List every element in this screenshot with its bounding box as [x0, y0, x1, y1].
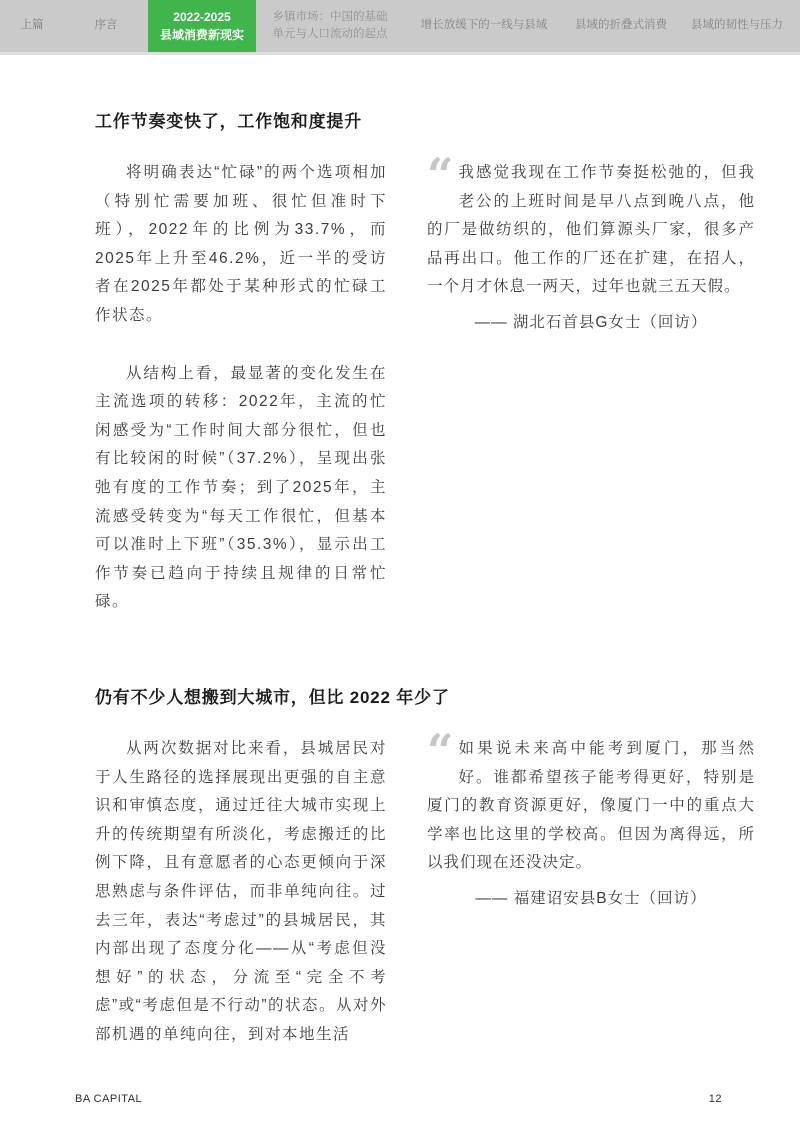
body-column: 将明确表达“忙碌”的两个选项相加（特别忙需要加班、很忙但准时下班），2022年的… — [95, 159, 387, 617]
nav-tab-part1[interactable]: 上篇 — [0, 0, 64, 52]
nav-tab-label: 序言 — [95, 17, 118, 34]
brand-label: BA CAPITAL — [75, 1093, 142, 1105]
body-paragraph: 从结构上看，最显著的变化发生在主流选项的转移：2022年，主流的忙闲感受为“工作… — [95, 360, 387, 617]
body-paragraph: 从两次数据对比来看，县城居民对于人生路径的选择展现出更强的自主意识和审慎态度，通… — [95, 735, 387, 1050]
quote-column: “我感觉我现在工作节奏挺松弛的，但我老公的上班时间是早八点到晚八点，他的厂是做纺… — [427, 159, 755, 332]
quote-column: “如果说未来高中能考到厦门，那当然好。谁都希望孩子能考得更好，特别是厦门的教育资… — [427, 735, 755, 908]
nav-tab-township-market[interactable]: 乡镇市场：中国的基础 单元与人口流动的起点 — [256, 0, 404, 52]
quote-mark-icon: “ — [427, 737, 450, 765]
page-number: 12 — [709, 1093, 722, 1105]
nav-tab-county-consumption-active[interactable]: 2022-2025 县域消费新现实 — [148, 0, 256, 52]
page-content: 工作节奏变快了，工作饱和度提升 将明确表达“忙碌”的两个选项相加（特别忙需要加班… — [0, 55, 800, 1050]
nav-tab-label: 2022-2025 县域消费新现实 — [160, 8, 244, 44]
quote-mark-icon: “ — [427, 161, 450, 189]
body-column: 从两次数据对比来看，县城居民对于人生路径的选择展现出更强的自主意识和审慎态度，通… — [95, 735, 387, 1050]
body-paragraph: 将明确表达“忙碌”的两个选项相加（特别忙需要加班、很忙但准时下班），2022年的… — [95, 159, 387, 331]
nav-tab-label: 县域的韧性与压力 — [691, 17, 783, 34]
nav-tab-label: 增长放缓下的一线与县域 — [421, 17, 548, 34]
quote-attribution: —— 福建诏安县B女士（回访） — [427, 886, 755, 908]
quote-block: “如果说未来高中能考到厦门，那当然好。谁都希望孩子能考得更好，特别是厦门的教育资… — [427, 735, 755, 878]
top-nav: 上篇 序言 2022-2025 县域消费新现实 乡镇市场：中国的基础 单元与人口… — [0, 0, 800, 55]
nav-tab-label: 上篇 — [21, 17, 44, 34]
nav-tab-preface[interactable]: 序言 — [64, 0, 148, 52]
nav-tab-growth-slowdown[interactable]: 增长放缓下的一线与县域 — [404, 0, 564, 52]
page-footer: BA CAPITAL 12 — [75, 1093, 722, 1105]
quote-attribution: —— 湖北石首县G女士（回访） — [427, 310, 755, 332]
quote-block: “我感觉我现在工作节奏挺松弛的，但我老公的上班时间是早八点到晚八点，他的厂是做纺… — [427, 159, 755, 302]
quote-text: 我感觉我现在工作节奏挺松弛的，但我老公的上班时间是早八点到晚八点，他的厂是做纺织… — [427, 164, 755, 295]
quote-text: 如果说未来高中能考到厦门，那当然好。谁都希望孩子能考得更好，特别是厦门的教育资源… — [427, 740, 755, 871]
nav-tab-folded-consumption[interactable]: 县域的折叠式消费 — [564, 0, 678, 52]
section-work-pace: 工作节奏变快了，工作饱和度提升 将明确表达“忙碌”的两个选项相加（特别忙需要加班… — [95, 111, 755, 617]
section-heading: 工作节奏变快了，工作饱和度提升 — [95, 111, 755, 133]
nav-tab-label: 乡镇市场：中国的基础 单元与人口流动的起点 — [273, 9, 388, 44]
section-heading: 仍有不少人想搬到大城市，但比 2022 年少了 — [95, 687, 755, 709]
report-page: 上篇 序言 2022-2025 县域消费新现实 乡镇市场：中国的基础 单元与人口… — [0, 0, 800, 1131]
section-moving-to-cities: 仍有不少人想搬到大城市，但比 2022 年少了 从两次数据对比来看，县城居民对于… — [95, 687, 755, 1050]
nav-tab-label: 县域的折叠式消费 — [575, 17, 667, 34]
nav-tab-resilience-pressure[interactable]: 县域的韧性与压力 — [678, 0, 796, 52]
